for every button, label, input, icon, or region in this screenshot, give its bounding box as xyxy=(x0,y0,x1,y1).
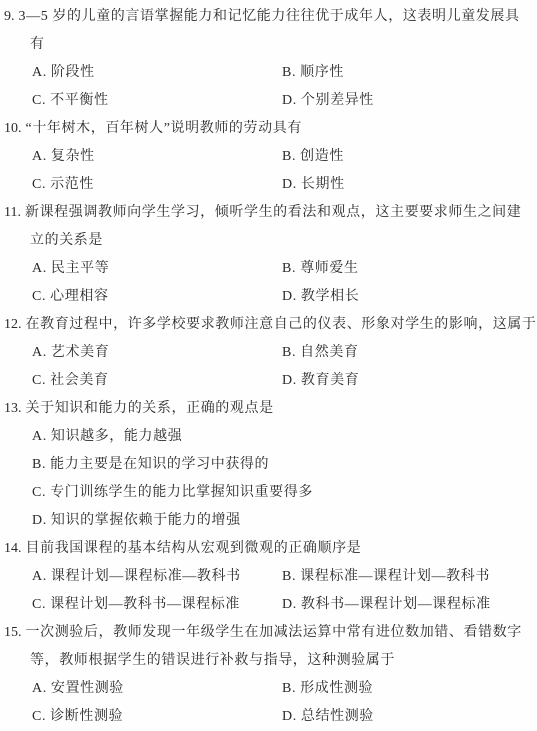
question-number: 10. xyxy=(4,115,22,143)
option-c: C. 诊断性测验 xyxy=(32,703,282,731)
option-b: B. 顺序性 xyxy=(282,59,533,87)
option-a: A. 复杂性 xyxy=(32,143,282,171)
option-b: B. 尊师爱生 xyxy=(282,255,533,283)
question-number: 12. xyxy=(4,311,22,339)
options-group: A. 阶段性 B. 顺序性 C. 不平衡性 D. 个别差异性 xyxy=(32,59,533,115)
option-b: B. 自然美育 xyxy=(282,339,533,367)
question-stem-continuation: 立的关系是 xyxy=(4,227,533,255)
question-stem: 14.目前我国课程的基本结构从宏观到微观的正确顺序是 xyxy=(4,535,533,563)
question-stem-text: 目前我国课程的基本结构从宏观到微观的正确顺序是 xyxy=(26,541,362,556)
question-stem-text: 一次测验后，教师发现一年级学生在加减法运算中常有进位数加错、看错数字 xyxy=(26,625,522,640)
options-group: A. 艺术美育 B. 自然美育 C. 社会美育 D. 教育美育 xyxy=(32,339,533,395)
question-stem-text: 在教育过程中，许多学校要求教师注意自己的仪表、形象对学生的影响，这属于 xyxy=(26,317,537,332)
option-a: A. 知识越多，能力越强 xyxy=(32,423,533,451)
question-stem-text: 3—5 岁的儿童的言语掌握能力和记忆能力往往优于成年人，这表明儿童发展具 xyxy=(19,9,520,24)
option-c: C. 不平衡性 xyxy=(32,87,282,115)
question-stem-continuation: 等，教师根据学生的错误进行补救与指导，这种测验属于 xyxy=(4,647,533,675)
option-d: D. 教学相长 xyxy=(282,283,533,311)
question-stem: 13.关于知识和能力的关系，正确的观点是 xyxy=(4,395,533,423)
option-d: D. 教科书—课程计划—课程标准 xyxy=(282,591,533,619)
question-number: 9. xyxy=(4,3,15,31)
option-b: B. 课程标准—课程计划—教科书 xyxy=(282,563,533,591)
question-stem-text: 关于知识和能力的关系，正确的观点是 xyxy=(26,401,274,416)
option-d: D. 总结性测验 xyxy=(282,703,533,731)
question-stem: 12.在教育过程中，许多学校要求教师注意自己的仪表、形象对学生的影响，这属于 xyxy=(4,311,533,339)
option-d: D. 教育美育 xyxy=(282,367,533,395)
option-a: A. 阶段性 xyxy=(32,59,282,87)
question-number: 11. xyxy=(4,199,21,227)
question-stem-text: “十年树木，百年树人”说明教师的劳动具有 xyxy=(26,121,302,136)
option-d: D. 个别差异性 xyxy=(282,87,533,115)
option-c: C. 示范性 xyxy=(32,171,282,199)
options-group: A. 课程计划—课程标准—教科书 B. 课程标准—课程计划—教科书 C. 课程计… xyxy=(32,563,533,619)
question-9: 9.3—5 岁的儿童的言语掌握能力和记忆能力往往优于成年人，这表明儿童发展具 有… xyxy=(4,3,533,115)
option-d: D. 知识的掌握依赖于能力的增强 xyxy=(32,507,533,535)
question-13: 13.关于知识和能力的关系，正确的观点是 A. 知识越多，能力越强 B. 能力主… xyxy=(4,395,533,535)
question-stem-continuation: 有 xyxy=(4,31,533,59)
options-group: A. 知识越多，能力越强 B. 能力主要是在知识的学习中获得的 C. 专门训练学… xyxy=(32,423,533,535)
option-b: B. 能力主要是在知识的学习中获得的 xyxy=(32,451,533,479)
question-11: 11.新课程强调教师向学生学习，倾听学生的看法和观点，这主要要求师生之间建 立的… xyxy=(4,199,533,311)
option-c: C. 社会美育 xyxy=(32,367,282,395)
question-stem: 15.一次测验后，教师发现一年级学生在加减法运算中常有进位数加错、看错数字 xyxy=(4,619,533,647)
question-number: 14. xyxy=(4,535,22,563)
option-c: C. 心理相容 xyxy=(32,283,282,311)
option-a: A. 安置性测验 xyxy=(32,675,282,703)
options-group: A. 复杂性 B. 创造性 C. 示范性 D. 长期性 xyxy=(32,143,533,199)
question-number: 15. xyxy=(4,619,22,647)
option-c: C. 专门训练学生的能力比掌握知识重要得多 xyxy=(32,479,533,507)
question-14: 14.目前我国课程的基本结构从宏观到微观的正确顺序是 A. 课程计划—课程标准—… xyxy=(4,535,533,619)
question-stem: 11.新课程强调教师向学生学习，倾听学生的看法和观点，这主要要求师生之间建 xyxy=(4,199,533,227)
question-stem: 10.“十年树木，百年树人”说明教师的劳动具有 xyxy=(4,115,533,143)
option-b: B. 创造性 xyxy=(282,143,533,171)
question-stem: 9.3—5 岁的儿童的言语掌握能力和记忆能力往往优于成年人，这表明儿童发展具 xyxy=(4,3,533,31)
question-12: 12.在教育过程中，许多学校要求教师注意自己的仪表、形象对学生的影响，这属于 A… xyxy=(4,311,533,395)
option-b: B. 形成性测验 xyxy=(282,675,533,703)
question-number: 13. xyxy=(4,395,22,423)
question-10: 10.“十年树木，百年树人”说明教师的劳动具有 A. 复杂性 B. 创造性 C.… xyxy=(4,115,533,199)
exam-page: 9.3—5 岁的儿童的言语掌握能力和记忆能力往往优于成年人，这表明儿童发展具 有… xyxy=(0,0,537,731)
option-a: A. 课程计划—课程标准—教科书 xyxy=(32,563,282,591)
option-d: D. 长期性 xyxy=(282,171,533,199)
question-stem-text: 新课程强调教师向学生学习，倾听学生的看法和观点，这主要要求师生之间建 xyxy=(25,205,521,220)
option-a: A. 艺术美育 xyxy=(32,339,282,367)
question-15: 15.一次测验后，教师发现一年级学生在加减法运算中常有进位数加错、看错数字 等，… xyxy=(4,619,533,731)
options-group: A. 民主平等 B. 尊师爱生 C. 心理相容 D. 教学相长 xyxy=(32,255,533,311)
options-group: A. 安置性测验 B. 形成性测验 C. 诊断性测验 D. 总结性测验 xyxy=(32,675,533,731)
option-a: A. 民主平等 xyxy=(32,255,282,283)
option-c: C. 课程计划—教科书—课程标准 xyxy=(32,591,282,619)
